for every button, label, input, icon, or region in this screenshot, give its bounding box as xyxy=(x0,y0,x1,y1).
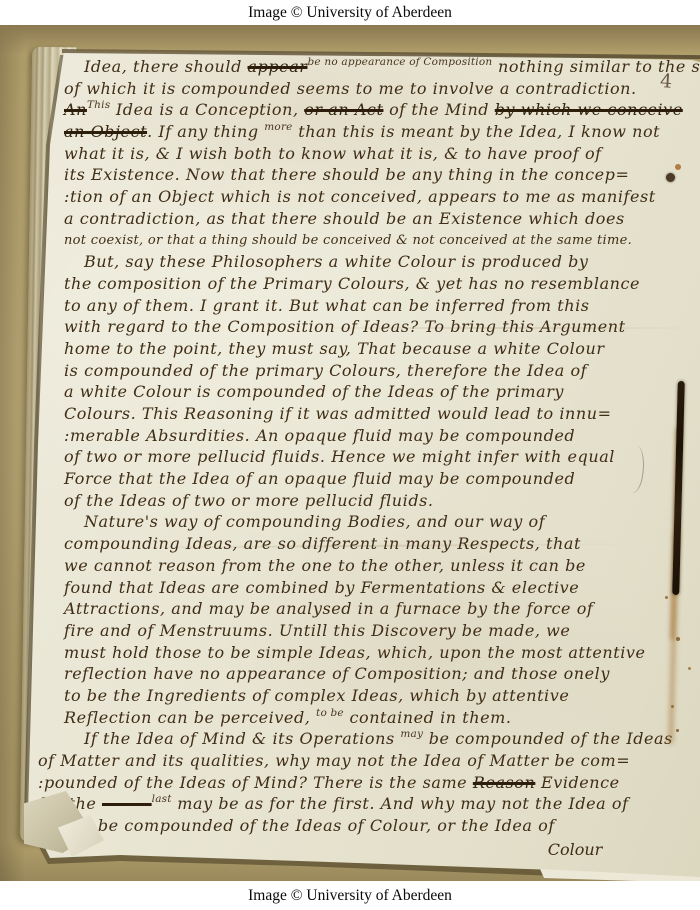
inserted-text: last xyxy=(152,793,172,805)
handwritten-text: contained in them. xyxy=(344,708,512,727)
handwritten-text: must hold those to be simple Ideas, whic… xyxy=(64,643,646,662)
handwritten-text: . If any thing xyxy=(147,122,264,141)
manuscript-line: we cannot reason from the one to the oth… xyxy=(64,555,684,577)
handwritten-text: Idea is a Conception, xyxy=(110,100,304,119)
handwritten-text: the composition of the Primary Colours, … xyxy=(64,274,640,293)
handwritten-text: be compounded of the Ideas xyxy=(423,729,673,748)
manuscript-line: home to the point, they must say, That b… xyxy=(64,338,684,360)
manuscript-line: for the ———last may be as for the first.… xyxy=(38,793,684,815)
manuscript-line: reflection have no appearance of Composi… xyxy=(64,663,684,685)
manuscript-line: If the Idea of Mind & its Operations may… xyxy=(64,728,684,750)
top-copyright-caption: Image © University of Aberdeen xyxy=(0,0,700,25)
handwritten-text: what it is, & I wish both to know what i… xyxy=(64,144,602,163)
struck-text: by which we conceive xyxy=(495,100,683,119)
handwritten-text: Nature's way of compounding Bodies, and … xyxy=(84,512,545,531)
manuscript-line: what it is, & I wish both to know what i… xyxy=(64,143,684,165)
handwritten-text: a contradiction, as that there should be… xyxy=(64,209,625,228)
handwritten-text: fire and of Menstruums. Untill this Disc… xyxy=(64,621,570,640)
handwritten-text: found that Ideas are combined by Ferment… xyxy=(64,578,579,597)
inserted-text: This xyxy=(87,99,110,111)
handwritten-text: Colours. This Reasoning if it was admitt… xyxy=(64,404,612,423)
struck-text: or an Act xyxy=(304,100,383,119)
manuscript-line: Reflection can be perceived, to be conta… xyxy=(64,707,684,729)
foxing-spot xyxy=(671,705,674,708)
handwritten-text: a white Colour is compounded of the Idea… xyxy=(64,382,564,401)
handwritten-text: of the Mind xyxy=(383,100,494,119)
ink-spot xyxy=(666,173,675,182)
handwritten-text: compounding Ideas, are so different in m… xyxy=(64,534,581,553)
manuscript-line: of which it is compounded seems to me to… xyxy=(64,78,684,100)
manuscript-line: Colours. This Reasoning if it was admitt… xyxy=(64,403,684,425)
manuscript-line: found that Ideas are combined by Ferment… xyxy=(64,577,684,599)
manuscript-line: Sound be compounded of the Ideas of Colo… xyxy=(38,815,684,837)
struck-text: appear xyxy=(248,57,308,76)
foxing-spot xyxy=(676,637,680,641)
handwritten-text: to be the Ingredients of complex Ideas, … xyxy=(64,686,569,705)
manuscript-line: Force that the Idea of an opaque fluid m… xyxy=(64,468,684,490)
manuscript-line: compounding Ideas, are so different in m… xyxy=(64,533,684,555)
handwritten-text: :tion of an Object which is not conceive… xyxy=(64,187,656,206)
manuscript-line: :tion of an Object which is not conceive… xyxy=(64,186,684,208)
manuscript-line: of two or more pellucid fluids. Hence we… xyxy=(64,446,684,468)
screenshot-frame: Image © University of Aberdeen 4 Idea, t… xyxy=(0,0,700,910)
struck-text: an Object xyxy=(64,122,147,141)
handwritten-text: than this is meant by the Idea, I know n… xyxy=(293,122,661,141)
handwritten-text: :merable Absurdities. An opaque fluid ma… xyxy=(64,426,575,445)
inserted-text: more xyxy=(264,121,292,133)
handwritten-text: Attractions, and may be analysed in a fu… xyxy=(64,599,593,618)
manuscript-line: Attractions, and may be analysed in a fu… xyxy=(64,598,684,620)
manuscript-line: :merable Absurdities. An opaque fluid ma… xyxy=(64,425,684,447)
handwritten-text: home to the point, they must say, That b… xyxy=(64,339,605,358)
catchword: Colour xyxy=(500,840,650,859)
handwritten-text: Reflection can be perceived, xyxy=(64,708,316,727)
handwritten-text: its Existence. Now that there should be … xyxy=(64,165,629,184)
manuscript-line: Idea, there should appearbe no appearanc… xyxy=(64,56,684,78)
manuscript-line: is compounded of the primary Colours, th… xyxy=(64,360,684,382)
struck-text: Reason xyxy=(473,773,536,792)
handwritten-text: of two or more pellucid fluids. Hence we… xyxy=(64,447,615,466)
manuscript-line: an Object. If any thing more than this i… xyxy=(64,121,684,143)
damaged-corner xyxy=(18,785,128,869)
inserted-text: may xyxy=(400,728,423,740)
manuscript-line: But, say these Philosophers a white Colo… xyxy=(64,251,684,273)
manuscript-line: its Existence. Now that there should be … xyxy=(64,164,684,186)
handwritten-text: Evidence xyxy=(535,773,619,792)
handwritten-text: of which it is compounded seems to me to… xyxy=(64,79,637,98)
foxing-spot xyxy=(688,667,691,670)
manuscript-line: Nature's way of compounding Bodies, and … xyxy=(64,511,684,533)
manuscript-line: fire and of Menstruums. Untill this Disc… xyxy=(64,620,684,642)
manuscript-line: with regard to the Composition of Ideas?… xyxy=(64,316,684,338)
manuscript-line: :pounded of the Ideas of Mind? There is … xyxy=(38,772,684,794)
manuscript-line: AnThis Idea is a Conception, or an Act o… xyxy=(64,99,684,121)
handwritten-text: reflection have no appearance of Composi… xyxy=(64,664,610,683)
handwritten-text: with regard to the Composition of Ideas?… xyxy=(64,317,626,336)
handwritten-text: nothing similar to the simple Ideas xyxy=(492,57,700,76)
handwritten-text: to any of them. I grant it. But what can… xyxy=(64,296,590,315)
handwritten-text: of Matter and its qualities, why may not… xyxy=(38,751,630,770)
manuscript-line: not coexist, or that a thing should be c… xyxy=(64,230,684,252)
manuscript-line: a contradiction, as that there should be… xyxy=(64,208,684,230)
handwritten-text: of the Ideas of two or more pellucid flu… xyxy=(64,491,434,510)
foxing-spot xyxy=(676,729,679,732)
foxing-spot xyxy=(665,596,668,599)
handwritten-text: Force that the Idea of an opaque fluid m… xyxy=(64,469,575,488)
rust-spot xyxy=(675,164,681,170)
handwritten-text: not coexist, or that a thing should be c… xyxy=(64,233,632,248)
handwritten-text: Idea, there should xyxy=(84,57,248,76)
handwritten-text: If the Idea of Mind & its Operations xyxy=(84,729,400,748)
manuscript-line: to be the Ingredients of complex Ideas, … xyxy=(64,685,684,707)
handwritten-text: may be as for the first. And why may not… xyxy=(172,794,629,813)
manuscript-line: must hold those to be simple Ideas, whic… xyxy=(64,642,684,664)
handwritten-text: we cannot reason from the one to the oth… xyxy=(64,556,586,575)
handwritten-text: is compounded of the primary Colours, th… xyxy=(64,361,587,380)
inserted-text: to be xyxy=(316,707,344,719)
bottom-copyright-caption: Image © University of Aberdeen xyxy=(0,881,700,910)
inserted-text: be no appearance of Composition xyxy=(307,56,492,68)
manuscript-line: to any of them. I grant it. But what can… xyxy=(64,295,684,317)
manuscript-text: Idea, there should appearbe no appearanc… xyxy=(64,56,684,837)
manuscript-line: of the Ideas of two or more pellucid flu… xyxy=(64,490,684,512)
manuscript-line: of Matter and its qualities, why may not… xyxy=(38,750,684,772)
manuscript-line: a white Colour is compounded of the Idea… xyxy=(64,381,684,403)
handwritten-text: But, say these Philosophers a white Colo… xyxy=(84,252,589,271)
manuscript-photo: 4 Idea, there should appearbe no appeara… xyxy=(0,25,700,881)
manuscript-line: the composition of the Primary Colours, … xyxy=(64,273,684,295)
struck-text: An xyxy=(64,100,87,119)
